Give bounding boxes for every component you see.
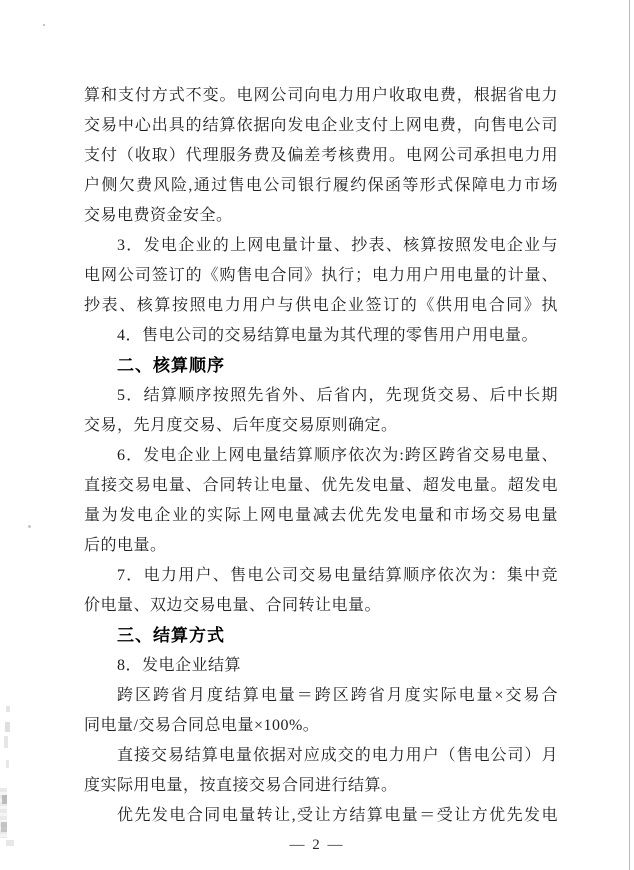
scan-artifact: [6, 706, 10, 712]
text-line: 交易电费资金安全。: [84, 201, 558, 231]
text-line: 价电量、双边交易电量、合同转让电量。: [84, 591, 558, 621]
scan-artifact: [28, 525, 31, 528]
text-line: 7．电力用户、售电公司交易电量结算顺序依次为：集中竞: [84, 561, 558, 591]
text-line: 同电量/交易合同总电量×100%。: [84, 711, 558, 741]
text-line: 8．发电企业结算: [84, 651, 558, 681]
scanned-document-page: 算和支付方式不变。电网公司向电力用户收取电费，根据省电力交易中心出具的结算依据向…: [0, 0, 634, 870]
section-heading: 三、结算方式: [84, 621, 558, 651]
text-line: 直接交易电量、合同转让电量、优先发电量、超发电量。超发电: [84, 471, 558, 501]
page-number: — 2 —: [290, 837, 345, 853]
text-line: 度实际用电量，按直接交易合同进行结算。: [84, 771, 558, 801]
text-line: 电网公司签订的《购售电合同》执行；电力用户用电量的计量、: [84, 261, 558, 291]
text-line: 优先发电合同电量转让,受让方结算电量＝受让方优先发电: [84, 801, 558, 831]
text-line: 户侧欠费风险,通过售电公司银行履约保函等形式保障电力市场: [84, 171, 558, 201]
document-body: 算和支付方式不变。电网公司向电力用户收取电费，根据省电力交易中心出具的结算依据向…: [84, 81, 558, 831]
text-line: 跨区跨省月度结算电量＝跨区跨省月度实际电量×交易合: [84, 681, 558, 711]
text-line: 5．结算顺序按照先省外、后省内，先现货交易、后中长期: [84, 381, 558, 411]
scan-artifact: [1, 822, 7, 832]
text-line: 交易，先月度交易、后年度交易原则确定。: [84, 411, 558, 441]
text-line: 6．发电企业上网电量结算顺序依次为:跨区跨省交易电量、: [84, 441, 558, 471]
text-line: 量为发电企业的实际上网电量减去优先发电量和市场交易电量: [84, 501, 558, 531]
page-footer: — 2 —: [0, 836, 634, 854]
text-line: 支付（收取）代理服务费及偏差考核费用。电网公司承担电力用: [84, 141, 558, 171]
scan-artifact: [43, 24, 45, 26]
text-line: 算和支付方式不变。电网公司向电力用户收取电费，根据省电力: [84, 81, 558, 111]
scan-artifact: [4, 736, 8, 748]
scan-edge-line: [629, 0, 630, 870]
text-line: 3．发电企业的上网电量计量、抄表、核算按照发电企业与: [84, 231, 558, 261]
text-line: 抄表、核算按照电力用户与供电企业签订的《供用电合同》执行。: [84, 291, 558, 321]
section-heading: 二、核算顺序: [84, 351, 558, 381]
text-line: 后的电量。: [84, 531, 558, 561]
text-line: 4．售电公司的交易结算电量为其代理的零售用户用电量。: [84, 321, 558, 351]
text-line: 直接交易结算电量依据对应成交的电力用户（售电公司）月: [84, 741, 558, 771]
text-line: 交易中心出具的结算依据向发电企业支付上网电费，向售电公司: [84, 111, 558, 141]
scan-artifact: [6, 840, 14, 846]
scan-artifact: [6, 760, 9, 768]
scan-artifact: [5, 722, 10, 732]
scan-artifact: [2, 795, 7, 804]
